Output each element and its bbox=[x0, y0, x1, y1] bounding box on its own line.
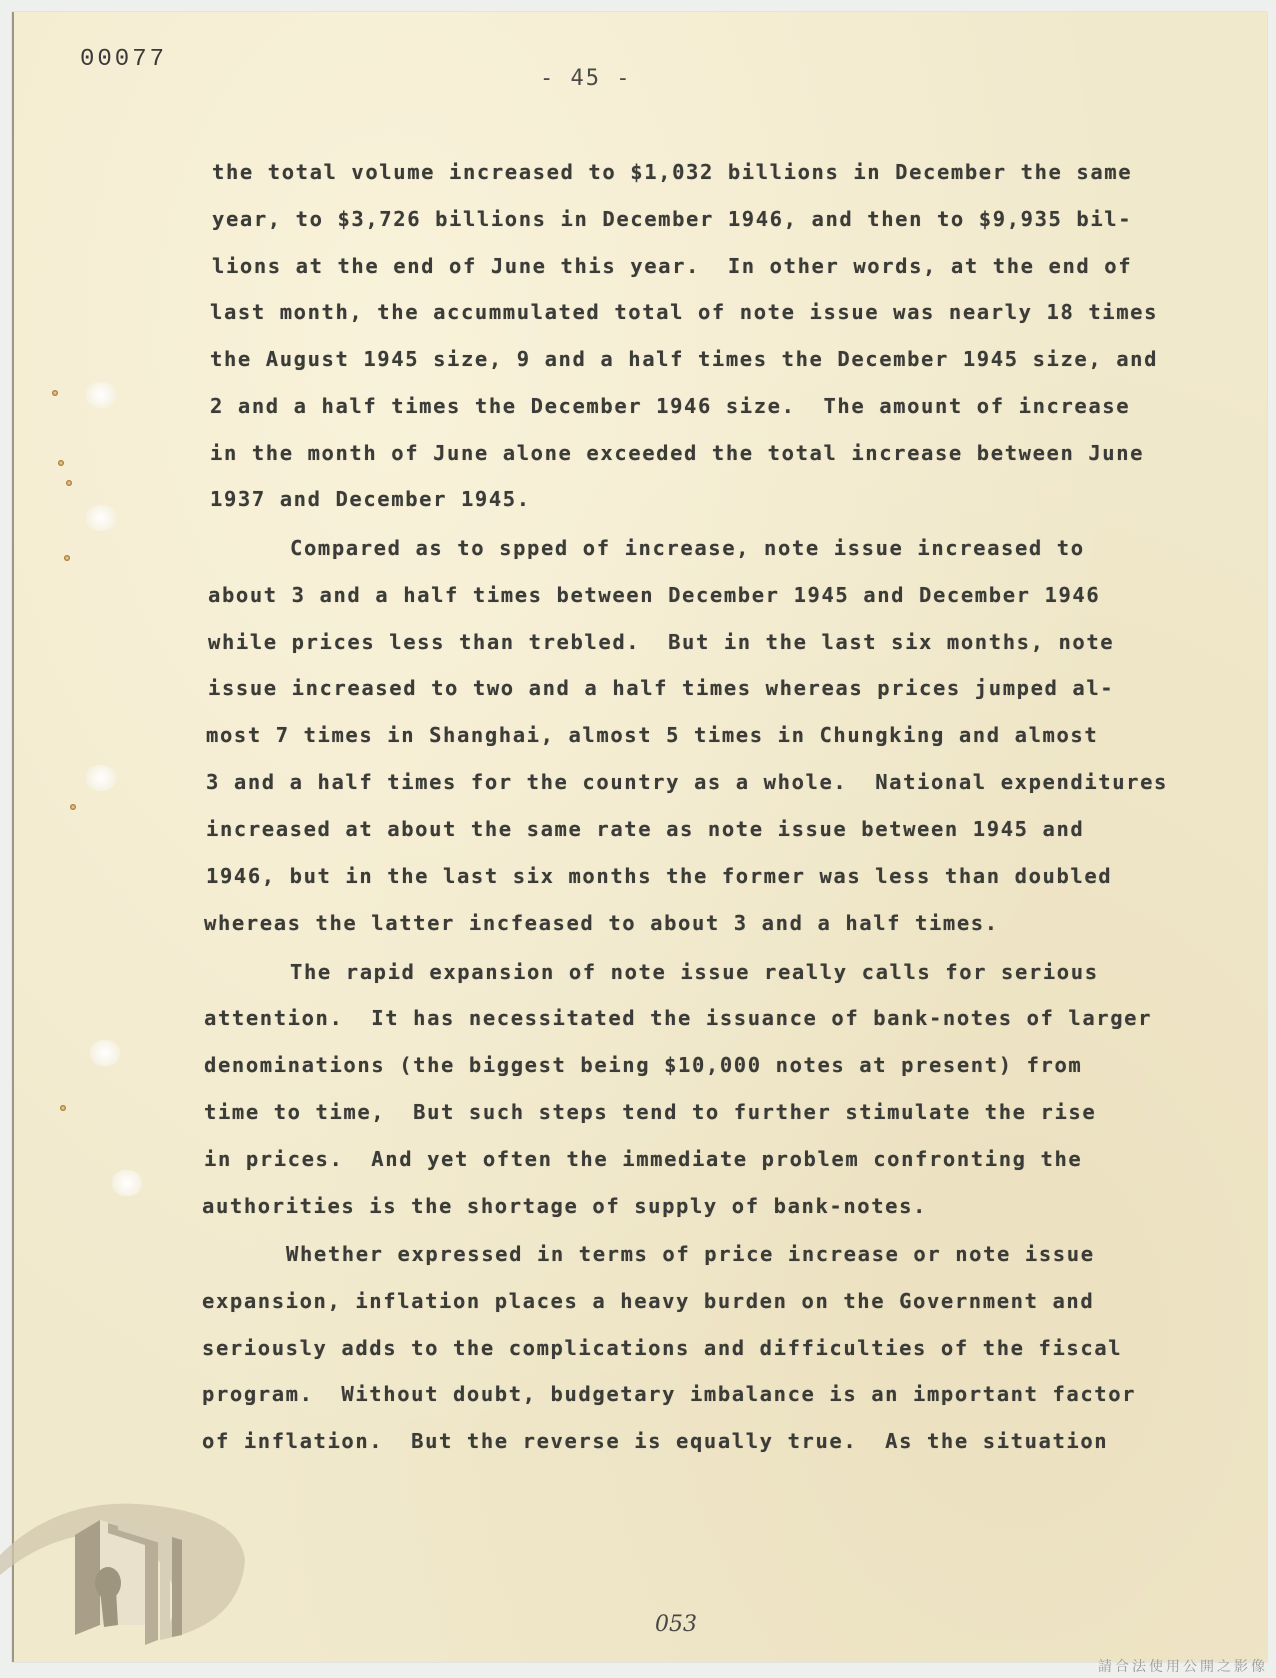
binder-hole bbox=[86, 765, 116, 791]
handwritten-folio-number: 053 bbox=[655, 1612, 697, 1637]
rust-speck bbox=[70, 804, 76, 810]
text-line: seriously adds to the complications and … bbox=[202, 1336, 1122, 1360]
rust-speck bbox=[60, 1105, 66, 1111]
text-line: of inflation. But the reverse is equally… bbox=[202, 1429, 1108, 1453]
text-line: issue increased to two and a half times … bbox=[208, 676, 1114, 700]
rust-speck bbox=[52, 390, 58, 396]
text-line: 3 and a half times for the country as a … bbox=[206, 770, 1168, 794]
text-line: the August 1945 size, 9 and a half times… bbox=[210, 347, 1158, 371]
text-line: program. Without doubt, budgetary imbala… bbox=[202, 1382, 1136, 1406]
paragraph-start: Whether expressed in terms of price incr… bbox=[286, 1242, 1095, 1266]
archive-book-keyhole-icon bbox=[0, 1475, 260, 1655]
rust-speck bbox=[66, 480, 72, 486]
archive-number: 00077 bbox=[80, 46, 167, 73]
text-line: year, to $3,726 billions in December 194… bbox=[212, 207, 1132, 231]
text-line: whereas the latter incfeased to about 3 … bbox=[204, 911, 999, 935]
text-line: expansion, inflation places a heavy burd… bbox=[202, 1289, 1094, 1313]
text-line: 1946, but in the last six months the for… bbox=[206, 864, 1112, 888]
rust-speck bbox=[64, 555, 70, 561]
binder-hole bbox=[86, 382, 116, 408]
text-line: 1937 and December 1945. bbox=[210, 487, 531, 511]
binder-hole bbox=[112, 1170, 142, 1196]
text-line: 2 and a half times the December 1946 siz… bbox=[210, 394, 1130, 418]
text-line: while prices less than trebled. But in t… bbox=[208, 630, 1114, 654]
text-line: last month, the accummulated total of no… bbox=[210, 300, 1158, 324]
rust-speck bbox=[58, 460, 64, 466]
paragraph-start: Compared as to spped of increase, note i… bbox=[290, 536, 1085, 560]
text-line: increased at about the same rate as note… bbox=[206, 817, 1084, 841]
paragraph-start: The rapid expansion of note issue really… bbox=[290, 960, 1099, 984]
text-line: in prices. And yet often the immediate p… bbox=[204, 1147, 1082, 1171]
text-line: denominations (the biggest being $10,000… bbox=[204, 1053, 1082, 1077]
text-line: about 3 and a half times between Decembe… bbox=[208, 583, 1100, 607]
binder-hole bbox=[86, 505, 116, 531]
text-line: lions at the end of June this year. In o… bbox=[212, 254, 1132, 278]
text-line: the total volume increased to $1,032 bil… bbox=[212, 160, 1132, 184]
usage-notice: 請合法使用公開之影像 bbox=[1098, 1656, 1268, 1676]
text-line: time to time, But such steps tend to fur… bbox=[204, 1100, 1096, 1124]
text-line: authorities is the shortage of supply of… bbox=[202, 1194, 927, 1218]
binder-hole bbox=[90, 1040, 120, 1066]
text-line: in the month of June alone exceeded the … bbox=[210, 441, 1144, 465]
text-line: attention. It has necessitated the issua… bbox=[204, 1006, 1152, 1030]
page-number: - 45 - bbox=[540, 66, 631, 91]
text-line: most 7 times in Shanghai, almost 5 times… bbox=[206, 723, 1098, 747]
